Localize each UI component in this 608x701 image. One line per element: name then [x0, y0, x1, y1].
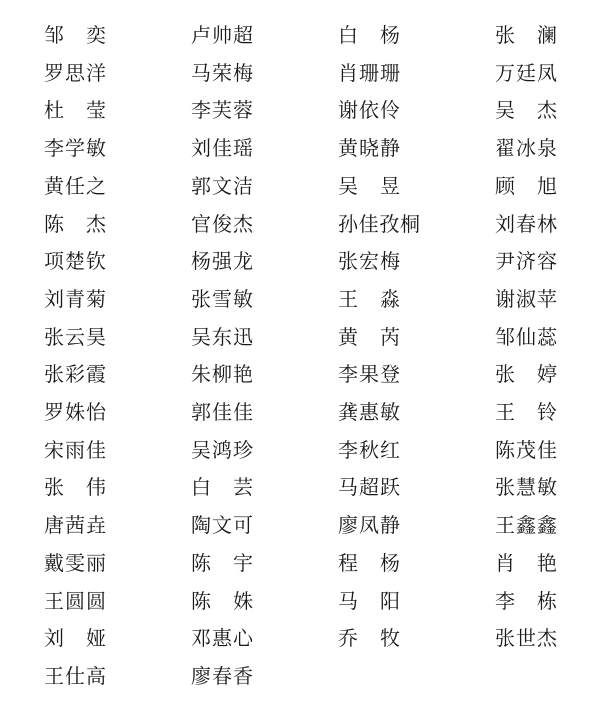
name-char: 宇	[233, 544, 253, 582]
name-char: 梅	[233, 54, 253, 92]
name-entry: 乔牧	[338, 619, 400, 657]
name-row: 罗姝怡郭佳佳龚惠敏王铃	[0, 393, 608, 431]
name-entry: 王铃	[495, 393, 557, 431]
name-char: 张	[495, 468, 515, 506]
name-char: 廖	[338, 506, 358, 544]
name-char: 香	[233, 657, 253, 695]
name-char: 罗	[44, 54, 64, 92]
name-char: 伶	[380, 91, 400, 129]
name-entry: 项楚钦	[44, 242, 106, 280]
name-char: 洁	[233, 167, 253, 205]
name-entry: 戴雯丽	[44, 544, 106, 582]
name-char: 马	[338, 582, 358, 620]
name-entry: 罗思洋	[44, 54, 106, 92]
name-char: 廷	[516, 54, 536, 92]
name-row: 刘青菊张雪敏王淼谢淑苹	[0, 280, 608, 318]
name-char: 青	[65, 280, 85, 318]
name-char: 济	[516, 242, 536, 280]
name-char: 孜	[379, 205, 399, 243]
name-char: 杨	[191, 242, 211, 280]
name-char: 仙	[516, 318, 536, 356]
name-char: 彩	[65, 355, 85, 393]
name-char: 世	[516, 619, 536, 657]
name-char: 杰	[537, 619, 557, 657]
name-char: 冰	[516, 129, 536, 167]
name-char: 强	[212, 242, 232, 280]
name-char: 吴	[495, 91, 515, 129]
name-char: 珍	[233, 431, 253, 469]
name-char: 鸿	[212, 431, 232, 469]
name-char: 陈	[191, 582, 211, 620]
name-char: 铃	[537, 393, 557, 431]
name-char: 李	[338, 355, 358, 393]
name-row: 项楚钦杨强龙张宏梅尹济容	[0, 242, 608, 280]
name-char: 楚	[65, 242, 85, 280]
name-entry: 廖凤静	[338, 506, 400, 544]
name-char: 桐	[400, 205, 420, 243]
name-char: 宋	[44, 431, 64, 469]
name-char: 张	[191, 280, 211, 318]
name-char: 张	[495, 619, 515, 657]
name-char: 静	[380, 506, 400, 544]
name-entry: 张世杰	[495, 619, 557, 657]
name-char: 翟	[495, 129, 515, 167]
name-char: 蓉	[233, 91, 253, 129]
name-char: 超	[233, 16, 253, 54]
name-char: 珊	[380, 54, 400, 92]
name-entry: 马阳	[338, 582, 400, 620]
name-char: 春	[212, 657, 232, 695]
name-char: 龙	[233, 242, 253, 280]
name-row: 陈杰官俊杰孙佳孜桐刘春林	[0, 205, 608, 243]
name-entry: 张雪敏	[191, 280, 253, 318]
name-char: 黄	[338, 129, 358, 167]
name-char: 陈	[44, 205, 64, 243]
name-char: 万	[495, 54, 515, 92]
name-entry: 程杨	[338, 544, 400, 582]
name-entry: 陈杰	[44, 205, 106, 243]
name-char: 佳	[537, 431, 557, 469]
name-char: 霞	[86, 355, 106, 393]
name-entry: 张云昊	[44, 318, 106, 356]
name-entry: 李秋红	[338, 431, 400, 469]
name-char: 刘	[191, 129, 211, 167]
name-char: 郭	[191, 393, 211, 431]
name-char: 栋	[537, 582, 557, 620]
name-entry: 郭佳佳	[191, 393, 253, 431]
name-entry: 吴鸿珍	[191, 431, 253, 469]
name-char: 鑫	[516, 506, 536, 544]
name-char: 云	[65, 318, 85, 356]
name-char: 澜	[537, 16, 557, 54]
name-char: 学	[65, 129, 85, 167]
name-char: 垚	[86, 506, 106, 544]
name-entry: 翟冰泉	[495, 129, 557, 167]
name-entry: 廖春香	[191, 657, 253, 695]
name-entry: 李芙蓉	[191, 91, 253, 129]
name-char: 柳	[212, 355, 232, 393]
name-char: 茜	[65, 506, 85, 544]
name-entry: 刘春林	[495, 205, 557, 243]
name-char: 可	[233, 506, 253, 544]
name-char: 迅	[233, 318, 253, 356]
name-char: 淼	[380, 280, 400, 318]
name-char: 敏	[86, 129, 106, 167]
name-char: 尹	[495, 242, 515, 280]
name-char: 罗	[44, 393, 64, 431]
name-char: 阳	[380, 582, 400, 620]
name-char: 陶	[191, 506, 211, 544]
name-char: 伟	[86, 468, 106, 506]
name-char: 凤	[537, 54, 557, 92]
name-entry: 王淼	[338, 280, 400, 318]
name-entry: 肖艳	[495, 544, 557, 582]
name-row: 唐茜垚陶文可廖凤静王鑫鑫	[0, 506, 608, 544]
name-row: 刘娅邓惠心乔牧张世杰	[0, 619, 608, 657]
name-entry: 刘佳瑶	[191, 129, 253, 167]
name-char: 任	[65, 167, 85, 205]
name-char: 邓	[191, 619, 211, 657]
name-char: 姝	[233, 582, 253, 620]
name-char: 果	[359, 355, 379, 393]
name-char: 惠	[212, 619, 232, 657]
name-entry: 万廷凤	[495, 54, 557, 92]
name-entry: 谢依伶	[338, 91, 400, 129]
name-row: 宋雨佳吴鸿珍李秋红陈茂佳	[0, 431, 608, 469]
name-entry: 杨强龙	[191, 242, 253, 280]
name-entry: 白杨	[338, 16, 400, 54]
name-char: 慧	[516, 468, 536, 506]
name-char: 宏	[359, 242, 379, 280]
name-char: 王	[338, 280, 358, 318]
name-entry: 唐茜垚	[44, 506, 106, 544]
name-row: 邹奕卢帅超白杨张澜	[0, 16, 608, 54]
name-char: 登	[380, 355, 400, 393]
name-char: 杰	[537, 91, 557, 129]
name-row: 黄任之郭文洁吴昱顾旭	[0, 167, 608, 205]
name-char: 张	[495, 355, 515, 393]
name-char: 王	[495, 506, 515, 544]
name-entry: 朱柳艳	[191, 355, 253, 393]
name-char: 肖	[338, 54, 358, 92]
name-char: 容	[537, 242, 557, 280]
name-char: 苹	[537, 280, 557, 318]
name-char: 秋	[359, 431, 379, 469]
name-char: 肖	[495, 544, 515, 582]
name-char: 张	[44, 318, 64, 356]
name-char: 仕	[65, 657, 85, 695]
name-entry: 李学敏	[44, 129, 106, 167]
name-char: 佳	[212, 129, 232, 167]
name-char: 谢	[495, 280, 515, 318]
name-char: 朱	[191, 355, 211, 393]
name-row: 王仕高廖春香	[0, 657, 608, 695]
name-char: 吴	[338, 167, 358, 205]
name-entry: 张慧敏	[495, 468, 557, 506]
name-char: 李	[338, 431, 358, 469]
name-char: 东	[212, 318, 232, 356]
name-entry: 王圆圆	[44, 582, 106, 620]
name-entry: 马超跃	[338, 468, 400, 506]
name-char: 鑫	[537, 506, 557, 544]
name-char: 顾	[495, 167, 515, 205]
name-char: 茂	[516, 431, 536, 469]
name-entry: 李栋	[495, 582, 557, 620]
name-char: 佳	[359, 205, 379, 243]
name-char: 吴	[191, 318, 211, 356]
name-char: 杨	[380, 544, 400, 582]
name-char: 邹	[44, 16, 64, 54]
name-char: 敏	[537, 468, 557, 506]
name-entry: 尹济容	[495, 242, 557, 280]
name-char: 雯	[65, 544, 85, 582]
name-entry: 张彩霞	[44, 355, 106, 393]
name-char: 吴	[191, 431, 211, 469]
name-row: 罗思洋马荣梅肖珊珊万廷凤	[0, 54, 608, 92]
name-char: 杨	[380, 16, 400, 54]
name-char: 艳	[537, 544, 557, 582]
name-char: 刘	[44, 619, 64, 657]
name-entry: 黄任之	[44, 167, 106, 205]
name-char: 淑	[516, 280, 536, 318]
name-char: 文	[212, 167, 232, 205]
name-char: 官	[191, 205, 211, 243]
name-char: 张	[44, 355, 64, 393]
name-char: 刘	[44, 280, 64, 318]
name-entry: 吴昱	[338, 167, 400, 205]
name-entry: 刘娅	[44, 619, 106, 657]
name-char: 程	[338, 544, 358, 582]
name-char: 泉	[537, 129, 557, 167]
name-char: 卢	[191, 16, 211, 54]
name-entry: 邹仙蕊	[495, 318, 557, 356]
name-char: 牧	[380, 619, 400, 657]
name-char: 瑶	[233, 129, 253, 167]
name-entry: 宋雨佳	[44, 431, 106, 469]
name-entry: 王鑫鑫	[495, 506, 557, 544]
name-char: 洋	[86, 54, 106, 92]
name-row: 张云昊吴东迅黄芮邹仙蕊	[0, 318, 608, 356]
name-char: 昊	[86, 318, 106, 356]
name-char: 凤	[359, 506, 379, 544]
name-char: 邹	[495, 318, 515, 356]
name-char: 黄	[338, 318, 358, 356]
name-char: 圆	[65, 582, 85, 620]
name-char: 高	[86, 657, 106, 695]
name-char: 梅	[380, 242, 400, 280]
name-char: 春	[516, 205, 536, 243]
name-char: 怡	[86, 393, 106, 431]
name-char: 张	[495, 16, 515, 54]
name-entry: 邓惠心	[191, 619, 253, 657]
name-char: 王	[495, 393, 515, 431]
name-entry: 顾旭	[495, 167, 557, 205]
name-entry: 陈姝	[191, 582, 253, 620]
name-char: 丽	[86, 544, 106, 582]
name-char: 婷	[537, 355, 557, 393]
name-char: 跃	[380, 468, 400, 506]
name-entry: 刘青菊	[44, 280, 106, 318]
name-entry: 龚惠敏	[338, 393, 400, 431]
name-entry: 陈茂佳	[495, 431, 557, 469]
name-entry: 张澜	[495, 16, 557, 54]
name-char: 马	[338, 468, 358, 506]
name-char: 雨	[65, 431, 85, 469]
name-char: 孙	[338, 205, 358, 243]
name-char: 昱	[380, 167, 400, 205]
name-entry: 张宏梅	[338, 242, 400, 280]
name-char: 晓	[359, 129, 379, 167]
name-row: 戴雯丽陈宇程杨肖艳	[0, 544, 608, 582]
name-char: 姝	[65, 393, 85, 431]
name-entry: 吴东迅	[191, 318, 253, 356]
name-char: 林	[537, 205, 557, 243]
name-char: 思	[65, 54, 85, 92]
name-char: 廖	[191, 657, 211, 695]
name-char: 敏	[233, 280, 253, 318]
name-entry: 白芸	[191, 468, 253, 506]
name-entry: 孙佳孜桐	[338, 205, 420, 243]
name-char: 敏	[380, 393, 400, 431]
name-entry: 罗姝怡	[44, 393, 106, 431]
name-row: 张伟白芸马超跃张慧敏	[0, 468, 608, 506]
name-char: 刘	[495, 205, 515, 243]
name-char: 奕	[86, 16, 106, 54]
name-row: 王圆圆陈姝马阳李栋	[0, 582, 608, 620]
name-char: 帅	[212, 16, 232, 54]
name-char: 艳	[233, 355, 253, 393]
name-char: 戴	[44, 544, 64, 582]
name-entry: 李果登	[338, 355, 400, 393]
name-char: 龚	[338, 393, 358, 431]
name-entry: 肖珊珊	[338, 54, 400, 92]
name-char: 王	[44, 582, 64, 620]
name-char: 陈	[495, 431, 515, 469]
name-entry: 邹奕	[44, 16, 106, 54]
name-char: 乔	[338, 619, 358, 657]
name-char: 俊	[212, 205, 232, 243]
name-char: 之	[86, 167, 106, 205]
name-char: 李	[495, 582, 515, 620]
name-entry: 张伟	[44, 468, 106, 506]
name-char: 莹	[86, 91, 106, 129]
name-char: 杰	[233, 205, 253, 243]
name-char: 珊	[359, 54, 379, 92]
name-char: 心	[233, 619, 253, 657]
name-char: 娅	[86, 619, 106, 657]
name-char: 陈	[191, 544, 211, 582]
name-char: 红	[380, 431, 400, 469]
name-char: 马	[191, 54, 211, 92]
name-char: 雪	[212, 280, 232, 318]
name-char: 唐	[44, 506, 64, 544]
name-char: 圆	[86, 582, 106, 620]
name-char: 谢	[338, 91, 358, 129]
name-char: 依	[359, 91, 379, 129]
name-char: 静	[380, 129, 400, 167]
name-entry: 杜莹	[44, 91, 106, 129]
name-entry: 官俊杰	[191, 205, 253, 243]
name-entry: 陈宇	[191, 544, 253, 582]
name-char: 杰	[86, 205, 106, 243]
name-char: 旭	[537, 167, 557, 205]
name-char: 黄	[44, 167, 64, 205]
name-entry: 吴杰	[495, 91, 557, 129]
name-entry: 黄芮	[338, 318, 400, 356]
name-char: 郭	[191, 167, 211, 205]
name-char: 李	[44, 129, 64, 167]
name-row: 杜莹李芙蓉谢依伶吴杰	[0, 91, 608, 129]
name-row: 张彩霞朱柳艳李果登张婷	[0, 355, 608, 393]
name-entry: 王仕高	[44, 657, 106, 695]
name-char: 杜	[44, 91, 64, 129]
name-entry: 卢帅超	[191, 16, 253, 54]
name-char: 芮	[380, 318, 400, 356]
name-entry: 谢淑苹	[495, 280, 557, 318]
name-char: 张	[44, 468, 64, 506]
name-char: 芙	[212, 91, 232, 129]
name-char: 佳	[233, 393, 253, 431]
name-row: 李学敏刘佳瑶黄晓静翟冰泉	[0, 129, 608, 167]
name-char: 超	[359, 468, 379, 506]
name-char: 惠	[359, 393, 379, 431]
name-char: 菊	[86, 280, 106, 318]
name-char: 项	[44, 242, 64, 280]
name-entry: 黄晓静	[338, 129, 400, 167]
name-char: 李	[191, 91, 211, 129]
name-char: 王	[44, 657, 64, 695]
name-entry: 马荣梅	[191, 54, 253, 92]
name-char: 白	[338, 16, 358, 54]
name-char: 张	[338, 242, 358, 280]
name-char: 钦	[86, 242, 106, 280]
name-char: 蕊	[537, 318, 557, 356]
name-char: 佳	[212, 393, 232, 431]
name-char: 文	[212, 506, 232, 544]
name-entry: 郭文洁	[191, 167, 253, 205]
name-char: 佳	[86, 431, 106, 469]
name-char: 芸	[233, 468, 253, 506]
name-char: 荣	[212, 54, 232, 92]
name-entry: 陶文可	[191, 506, 253, 544]
name-char: 白	[191, 468, 211, 506]
name-entry: 张婷	[495, 355, 557, 393]
